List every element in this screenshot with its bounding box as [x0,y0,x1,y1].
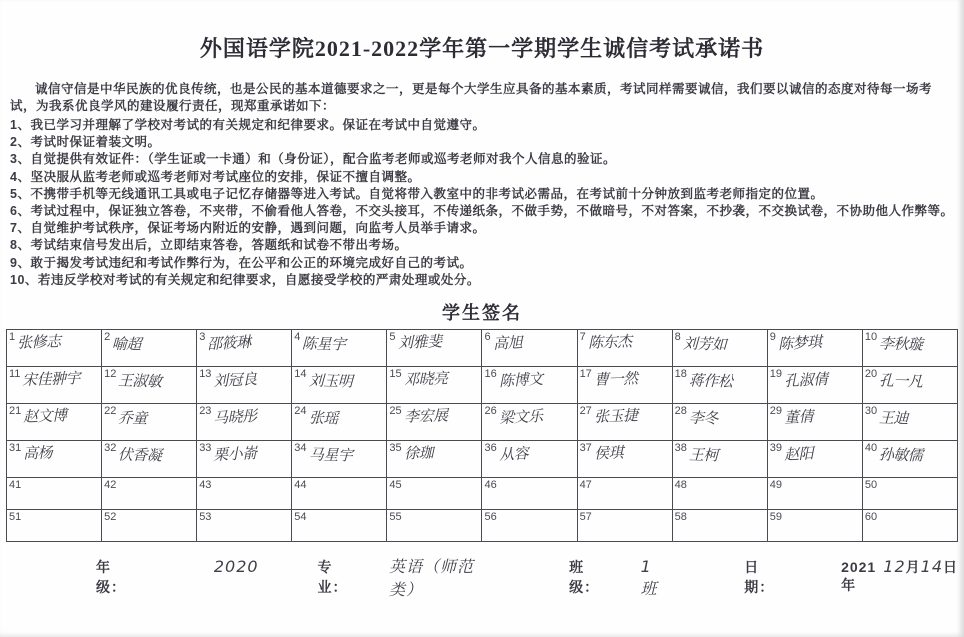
signature-cell: 1张修志 [7,330,102,367]
cell-number: 56 [484,511,496,523]
signature-cell: 18蒋作松 [672,367,767,404]
signature-text: 栗小嵛 [213,442,258,465]
date-label: 日期： [744,557,782,597]
signature-cell: 34马星宇 [292,441,387,478]
signature-table-body: 1张修志2喻超3邵筱琳4陈星宇5刘雅斐6高旭7陈东杰8刘芳如9陈梦琪10李秋璇1… [7,330,958,542]
rule-item: 7、自觉维护考试秩序，保证考场内附近的安静，遇到问题，向监考人员举手请求。 [10,220,954,237]
signature-cell: 52 [102,510,197,542]
cell-number: 29 [770,405,782,417]
signature-cell: 48 [672,478,767,510]
signature-cell: 26梁文乐 [482,404,577,441]
signature-cell: 27张玉捷 [577,404,672,441]
signature-text: 陈梦琪 [777,331,822,354]
cell-number: 12 [104,368,116,380]
rule-item: 8、考试结束信号发出后，立即结束答卷，答题纸和试卷不带出考场。 [10,237,954,254]
signature-text: 伏香凝 [118,443,162,465]
signature-text: 高杨 [23,442,53,464]
signature-text: 张修志 [17,330,61,353]
signature-text: 王淑敏 [118,369,162,391]
signature-text: 张玉捷 [593,404,637,427]
signature-cell: 45 [387,478,482,510]
signature-cell: 37侯琪 [577,441,672,478]
signature-text: 刘芳如 [682,332,726,354]
signature-cell: 11宋佳翀宇 [7,367,102,404]
cell-number: 38 [675,442,687,454]
cell-number: 55 [389,511,401,523]
date-day-unit: 日 [943,557,958,577]
signature-cell: 5刘雅斐 [387,330,482,367]
cell-number: 28 [675,405,687,417]
date-month-unit: 月 [906,557,921,577]
intro-paragraph: 诚信守信是中华民族的优良传统，也是公民的基本道德要求之一，更是每个大学生应具备的… [10,81,954,115]
cell-number: 54 [294,511,306,523]
cell-number: 51 [9,511,21,523]
signature-cell: 22乔童 [102,404,197,441]
signature-text: 蒋作松 [689,369,733,391]
cell-number: 23 [199,405,211,417]
signature-text: 陈东杰 [587,330,631,353]
signature-cell: 47 [577,478,672,510]
grade-label: 年级： [96,557,134,597]
signature-cell: 2喻超 [102,330,197,367]
signature-cell: 59 [767,510,862,542]
document-page: 外国语学院2021-2022学年第一学期学生诚信考试承诺书 诚信守信是中华民族的… [0,0,964,637]
cell-number: 32 [104,442,116,454]
signature-heading: 学生签名 [6,299,958,325]
cell-number: 34 [294,442,306,454]
signature-text: 从容 [498,442,528,464]
signature-cell: 16陈博文 [482,367,577,404]
cell-number: 33 [199,442,211,454]
signature-cell: 24张瑶 [292,404,387,441]
signature-cell: 29董倩 [767,404,862,441]
signature-text: 邓晓亮 [403,367,447,390]
cell-number: 59 [770,511,782,523]
rule-item: 4、坚决服从监考老师或巡考老师对考试座位的安排，保证不擅自调整。 [10,169,954,186]
cell-number: 30 [865,405,877,417]
signature-text: 曹一然 [593,367,637,390]
rules-list: 1、我已学习并理解了学校对考试的有关规定和纪律要求。保证在考试中自觉遵守。2、考… [10,117,954,289]
signature-cell: 49 [767,478,862,510]
signature-cell: 58 [672,510,767,542]
signature-cell: 3邵筱琳 [197,330,292,367]
signature-text: 马晓彤 [213,405,258,428]
signature-cell: 17曹一然 [577,367,672,404]
signature-cell: 30王迪 [862,404,957,441]
signature-cell: 55 [387,510,482,542]
class-label: 班级： [569,557,607,597]
cell-number: 2 [104,331,110,343]
rule-item: 10、若违反学校对考试的有关规定和纪律要求，自愿接受学校的严肃处理或处分。 [10,272,954,289]
date-month-handwritten: 12 [883,557,905,576]
cell-number: 21 [9,405,21,417]
cell-number: 47 [580,479,592,491]
rule-item: 5、不携带手机等无线通讯工具或电子记忆存储器等进入考试。自觉将带入教室中的非考试… [10,186,954,203]
signature-cell: 9陈梦琪 [767,330,862,367]
signature-cell: 50 [862,478,957,510]
signature-text: 董倩 [784,405,814,427]
cell-number: 50 [865,479,877,491]
major-value-handwritten: 英语（师范类） [389,554,489,600]
cell-number: 9 [770,331,776,343]
cell-number: 20 [865,368,877,380]
signature-cell: 38王柯 [672,441,767,478]
cell-number: 8 [675,331,681,343]
signature-cell: 42 [102,478,197,510]
signature-cell: 39赵阳 [767,441,862,478]
cell-number: 57 [580,511,592,523]
cell-number: 6 [484,331,490,343]
signature-text: 张瑶 [308,407,338,429]
cell-number: 16 [484,368,496,380]
signature-cell: 53 [197,510,292,542]
signature-cell: 41 [7,478,102,510]
signature-cell: 6高旭 [482,330,577,367]
cell-number: 36 [484,442,496,454]
rule-item: 6、考试过程中，保证独立答卷，不夹带，不偷看他人答卷，不交头接耳，不传递纸条，不… [10,203,954,220]
signature-cell: 40孙敏儒 [862,441,957,478]
signature-text: 陈星宇 [302,332,346,354]
class-value-handwritten: 1班 [641,557,665,599]
signature-text: 刘冠良 [213,368,258,391]
signature-cell: 4陈星宇 [292,330,387,367]
signature-text: 刘玉明 [308,369,352,391]
signature-text: 徐珈 [403,442,433,464]
signature-cell: 56 [482,510,577,542]
signature-text: 梁文乐 [498,405,543,428]
cell-number: 24 [294,405,306,417]
cell-number: 52 [104,511,116,523]
rule-item: 3、自觉提供有效证件：（学生证或一卡通）和（身份证），配合监考老师或巡考老师对我… [10,151,954,168]
signature-cell: 54 [292,510,387,542]
signature-cell: 19孔淑倩 [767,367,862,404]
signature-cell: 8刘芳如 [672,330,767,367]
signature-text: 王迪 [879,407,909,429]
cell-number: 19 [770,368,782,380]
signature-cell: 12王淑敏 [102,367,197,404]
signature-cell: 51 [7,510,102,542]
document-title: 外国语学院2021-2022学年第一学期学生诚信考试承诺书 [6,32,958,63]
signature-cell: 23马晓彤 [197,404,292,441]
cell-number: 22 [104,405,116,417]
cell-number: 26 [484,405,496,417]
cell-number: 41 [9,479,21,491]
cell-number: 49 [770,479,782,491]
signature-text: 孙敏儒 [879,443,923,465]
cell-number: 31 [9,442,21,454]
signature-text: 宋佳翀宇 [22,367,81,390]
cell-number: 18 [675,368,687,380]
rule-item: 1、我已学习并理解了学校对考试的有关规定和纪律要求。保证在考试中自觉遵守。 [10,117,954,134]
signature-cell: 33栗小嵛 [197,441,292,478]
signature-cell: 13刘冠良 [197,367,292,404]
signature-text: 邵筱琳 [207,331,252,354]
signature-cell: 43 [197,478,292,510]
cell-number: 60 [865,511,877,523]
cell-number: 7 [580,331,586,343]
cell-number: 48 [675,479,687,491]
signature-text: 王柯 [689,444,719,466]
cell-number: 46 [484,479,496,491]
major-label: 专业： [317,557,355,597]
signature-cell: 36从容 [482,441,577,478]
rule-item: 2、考试时保证着装文明。 [10,134,954,151]
signature-text: 刘雅斐 [397,330,441,353]
footer-row: 年级： 2020 专业： 英语（师范类） 班级： 1班 日期： 2021年 12… [96,554,958,600]
signature-cell: 14刘玉明 [292,367,387,404]
cell-number: 43 [199,479,211,491]
rule-item: 9、敢于揭发考试违纪和考试作弊行为，在公平和公正的环境完成好自己的考试。 [10,255,954,272]
signature-cell: 44 [292,478,387,510]
signature-cell: 15邓晓亮 [387,367,482,404]
signature-cell: 10李秋璇 [862,330,957,367]
signature-text: 李冬 [689,407,719,429]
signature-text: 孔一凡 [879,369,923,391]
signature-text: 马星宇 [308,443,352,465]
signature-cell: 46 [482,478,577,510]
signature-cell: 20孔一凡 [862,367,957,404]
cell-number: 40 [865,442,877,454]
cell-number: 10 [865,331,877,343]
cell-number: 35 [389,442,401,454]
cell-number: 37 [580,442,592,454]
cell-number: 27 [580,405,592,417]
cell-number: 39 [770,442,782,454]
cell-number: 25 [389,405,401,417]
date-day-handwritten: 14 [921,557,943,576]
date-year: 2021年 [841,559,883,595]
cell-number: 5 [389,331,395,343]
signature-text: 李宏展 [403,404,447,427]
cell-number: 1 [9,331,15,343]
cell-number: 17 [580,368,592,380]
cell-number: 11 [9,368,20,380]
signature-text: 乔童 [118,407,148,429]
signature-text: 赵阳 [784,442,814,464]
signature-text: 赵文博 [23,404,67,427]
cell-number: 13 [199,368,211,380]
signature-text: 李秋璇 [879,332,923,354]
signature-cell: 32伏香凝 [102,441,197,478]
signature-cell: 28李冬 [672,404,767,441]
signature-table: 1张修志2喻超3邵筱琳4陈星宇5刘雅斐6高旭7陈东杰8刘芳如9陈梦琪10李秋璇1… [6,329,958,542]
signature-text: 孔淑倩 [784,368,829,391]
cell-number: 14 [294,368,306,380]
signature-cell: 35徐珈 [387,441,482,478]
cell-number: 58 [675,511,687,523]
signature-cell: 31高杨 [7,441,102,478]
cell-number: 45 [389,479,401,491]
signature-cell: 25李宏展 [387,404,482,441]
signature-text: 陈博文 [498,368,543,391]
cell-number: 3 [199,331,205,343]
signature-cell: 21赵文博 [7,404,102,441]
signature-cell: 7陈东杰 [577,330,672,367]
signature-cell: 60 [862,510,957,542]
signature-text: 高旭 [492,331,522,353]
cell-number: 44 [294,479,306,491]
signature-text: 喻超 [112,333,142,355]
cell-number: 53 [199,511,211,523]
signature-cell: 57 [577,510,672,542]
cell-number: 42 [104,479,116,491]
cell-number: 15 [389,368,401,380]
signature-text: 侯琪 [593,442,623,464]
cell-number: 4 [294,331,300,343]
grade-value-handwritten: 2020 [214,557,259,576]
